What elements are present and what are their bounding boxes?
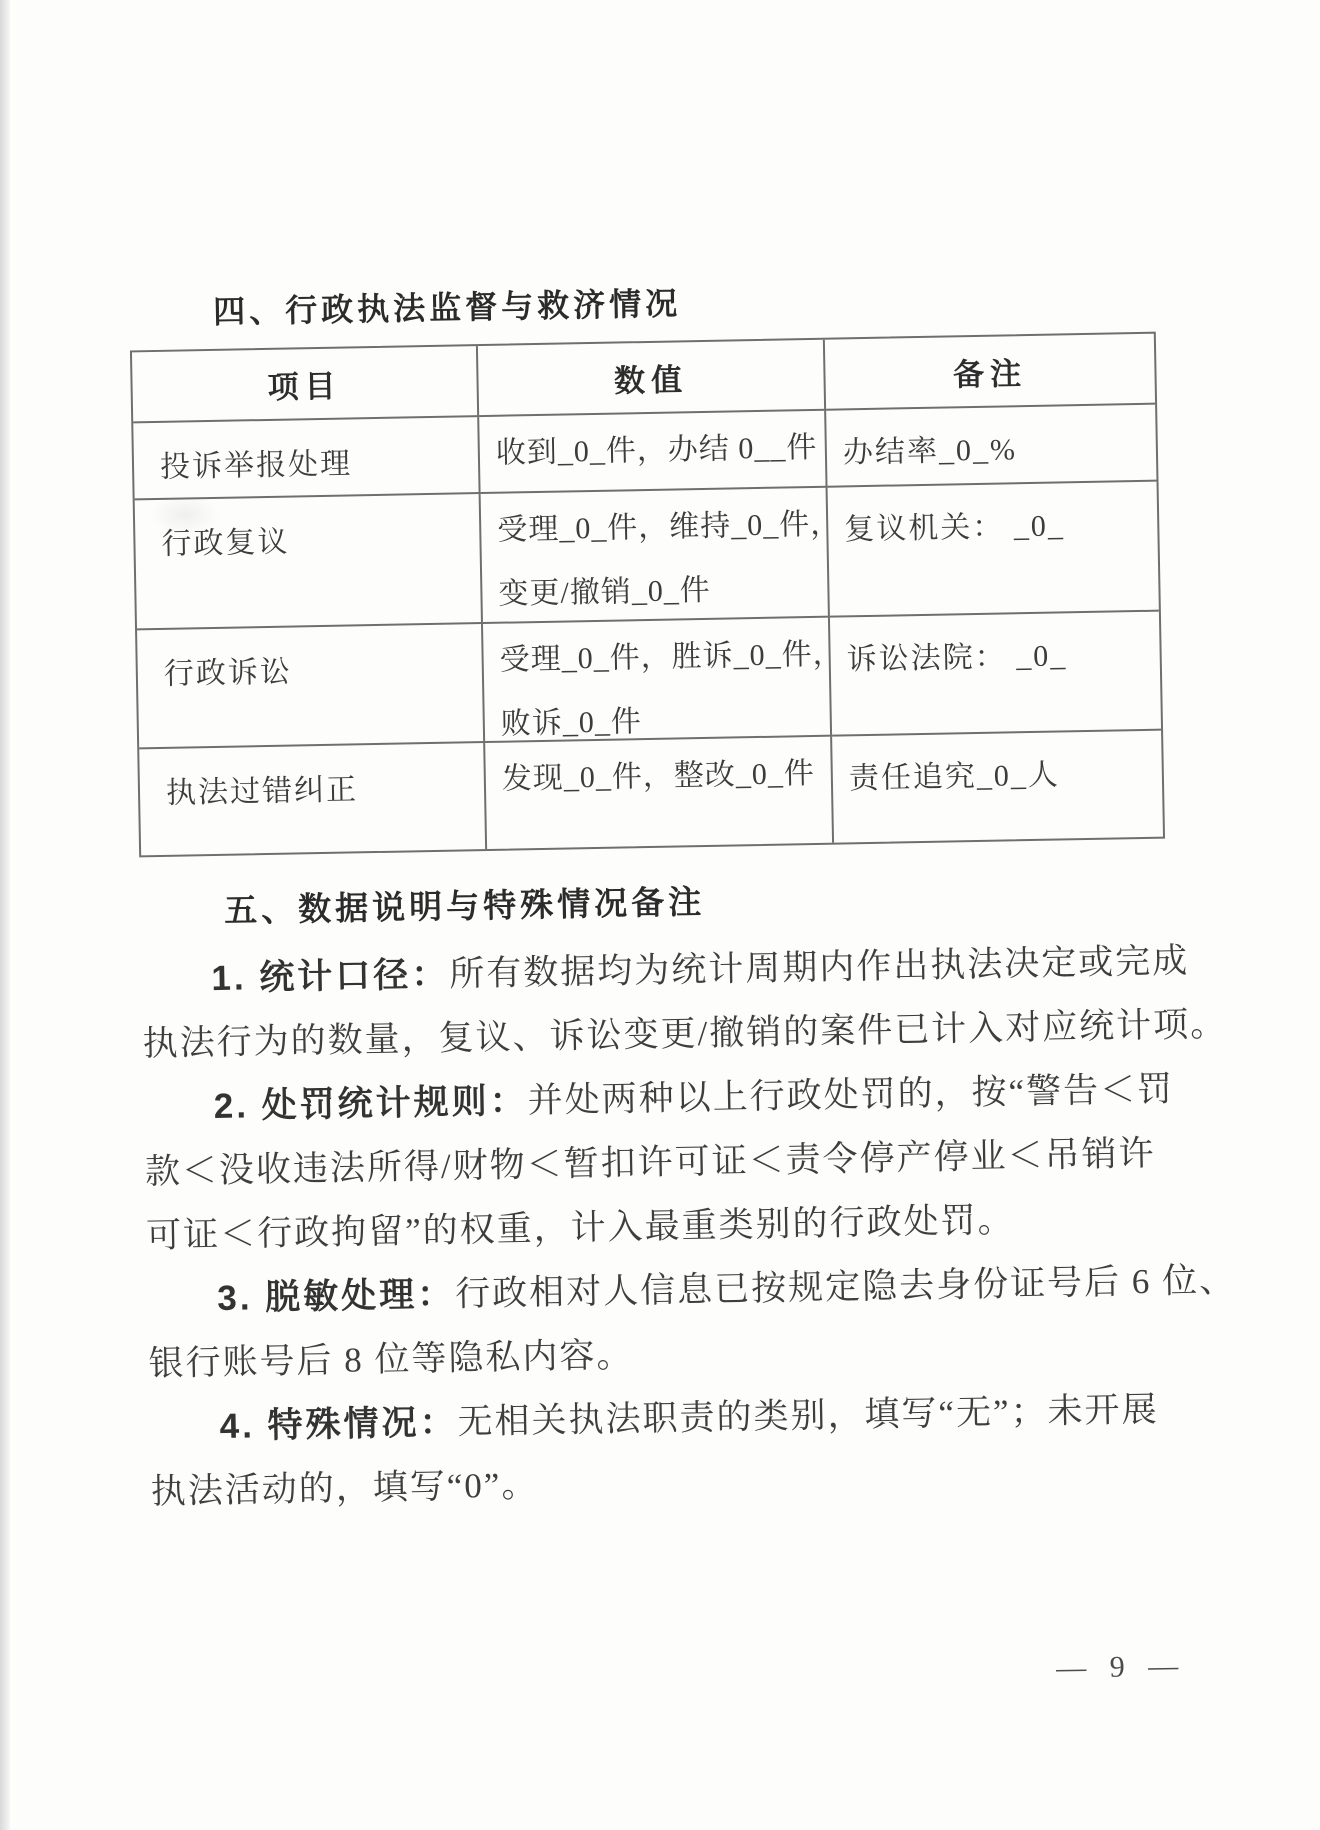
- value-line: 受理_0_件，维持_0_件，: [497, 505, 821, 551]
- note-text: 所有数据均为统计周期内作出执法决定或完成: [449, 941, 1190, 994]
- cell-value-complaints: 收到_0_件，办结 0__件: [479, 411, 827, 494]
- note-lead: 2. 处罚统计规则：: [213, 1081, 528, 1126]
- note-text: 执法行为的数量，复议、诉讼变更/撤销的案件已计入对应统计项。: [142, 1004, 1227, 1063]
- cell-item-litigation: 行政诉讼: [137, 624, 485, 749]
- note-text: 并处两种以上行政处罚的，按“警告＜罚: [527, 1069, 1174, 1120]
- supervision-table: 项目 数值 备注 投诉举报处理 收到_0_件，办结 0__件 办结率_0_% 行…: [130, 332, 1165, 858]
- table-header-value: 数值: [478, 340, 826, 417]
- cell-remark-reconsideration: 复议机关： _0_: [828, 482, 1159, 618]
- scanned-document-page: 四、行政执法监督与救济情况 项目 数值 备注 投诉举报处理 收到_0_件，办结 …: [0, 0, 1320, 1830]
- note-text: 无相关执法职责的类别，填写“无”；未开展: [457, 1390, 1159, 1442]
- cell-item-complaints: 投诉举报处理: [133, 417, 480, 500]
- table-header-item: 项目: [132, 346, 479, 423]
- note-text: 可证＜行政拘留”的权重，计入最重类别的行政处罚。: [146, 1200, 1015, 1255]
- page-number: — 9 —: [1056, 1649, 1187, 1685]
- note-text: 执法活动的，填写“0”。: [150, 1465, 538, 1511]
- cell-remark-litigation: 诉讼法院： _0_: [830, 612, 1161, 737]
- note-lead: 4. 特殊情况：: [219, 1403, 458, 1446]
- cell-value-litigation: 受理_0_件，胜诉_0_件， 败诉_0_件: [483, 618, 832, 743]
- notes-text-block: 1. 统计口径：所有数据均为统计周期内作出执法决定或完成 执法行为的数量，复议、…: [141, 929, 1203, 1524]
- value-line: 败诉_0_件: [500, 699, 824, 743]
- value-line: 受理_0_件，胜诉_0_件，: [499, 635, 823, 681]
- section4-title: 四、行政执法监督与救济情况: [213, 278, 682, 333]
- cell-value-reconsideration: 受理_0_件，维持_0_件， 变更/撤销_0_件: [481, 488, 830, 624]
- cell-remark-complaints: 办结率_0_%: [826, 405, 1156, 488]
- section5-title: 五、数据说明与特殊情况备注: [224, 876, 706, 932]
- note-text: 行政相对人信息已按规定隐去身份证号后 6 位、: [455, 1260, 1237, 1313]
- note-lead: 1. 统计口径：: [211, 955, 450, 998]
- page-content: 四、行政执法监督与救济情况 项目 数值 备注 投诉举报处理 收到_0_件，办结 …: [0, 0, 1320, 1830]
- table-header-remark: 备注: [825, 334, 1155, 411]
- cell-remark-error-correction: 责任追究_0_人: [832, 731, 1163, 843]
- note-text: 银行账号后 8 位等隐私内容。: [148, 1335, 634, 1383]
- note-text: 款＜没收违法所得/财物＜暂扣许可证＜责令停产停业＜吊销许: [145, 1134, 1156, 1192]
- cell-value-error-correction: 发现_0_件，整改_0_件: [485, 737, 834, 849]
- cell-item-error-correction: 执法过错纠正: [139, 743, 487, 855]
- value-line: 变更/撤销_0_件: [498, 569, 822, 615]
- value-line: 发现_0_件，整改_0_件: [501, 754, 825, 800]
- note-lead: 3. 脱敏处理：: [217, 1275, 456, 1318]
- value-line: 收到_0_件，办结 0__件: [496, 428, 820, 474]
- cell-item-reconsideration: 行政复议: [135, 494, 483, 630]
